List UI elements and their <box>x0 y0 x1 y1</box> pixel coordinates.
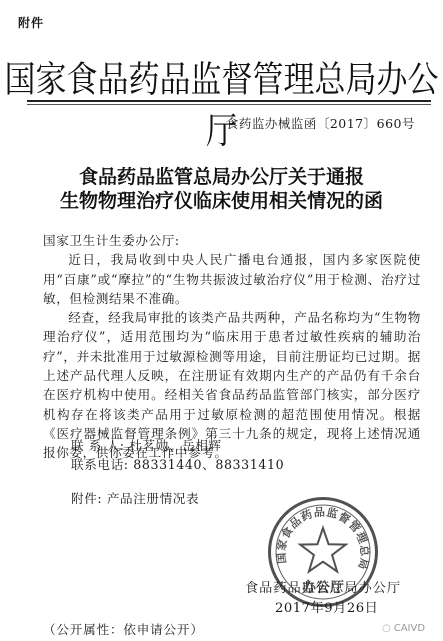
attachment-line-value: 产品注册情况表 <box>107 491 199 506</box>
attachment-line-label: 附件: <box>71 491 102 506</box>
contact-person-value: 杜茗勋、岳相辉 <box>129 438 221 453</box>
document-number: 食药监办械监函〔2017〕660号 <box>226 114 415 132</box>
attachment-line: 附件: 产品注册情况表 <box>71 488 199 507</box>
letter-title-line1: 食品药品监管总局办公厅关于通报 <box>0 165 443 189</box>
contact-phone-label: 联系电话: <box>71 457 129 472</box>
watermark-text: CAIVD <box>394 623 425 634</box>
letter-title: 食品药品监管总局办公厅关于通报 生物物理治疗仪临床使用相关情况的函 <box>0 165 443 213</box>
header-rule-thin <box>27 104 431 105</box>
contact-person-label: 联 系 人: <box>71 438 125 453</box>
salutation: 国家卫生计生委办公厅: <box>43 231 421 250</box>
attachment-label: 附件 <box>18 14 44 31</box>
paragraph-1: 近日，我局收到中央人民广播电台通报，国内多家医院使用“百康”或“摩拉”的“生物共… <box>43 250 421 308</box>
disclosure-attribute: （公开属性：依申请公开） <box>43 619 204 638</box>
watermark: ○ CAIVD <box>382 623 425 634</box>
contact-phone-value: 88331440、88331410 <box>133 457 284 472</box>
signature-date: 2017年9月26日 <box>275 597 378 616</box>
star-icon <box>300 528 346 572</box>
signer: 食品药品监管总局办公厅 <box>245 577 401 596</box>
contact-person: 联 系 人: 杜茗勋、岳相辉 <box>71 436 284 455</box>
contact-block: 联 系 人: 杜茗勋、岳相辉 联系电话: 88331440、88331410 <box>71 436 284 475</box>
letter-title-line2: 生物物理治疗仪临床使用相关情况的函 <box>0 189 443 213</box>
letter-body: 国家卫生计生委办公厅: 近日，我局收到中央人民广播电台通报，国内多家医院使用“百… <box>43 231 421 463</box>
contact-phone: 联系电话: 88331440、88331410 <box>71 455 284 474</box>
wechat-icon: ○ <box>382 623 391 634</box>
header-rule-thick <box>27 100 431 102</box>
